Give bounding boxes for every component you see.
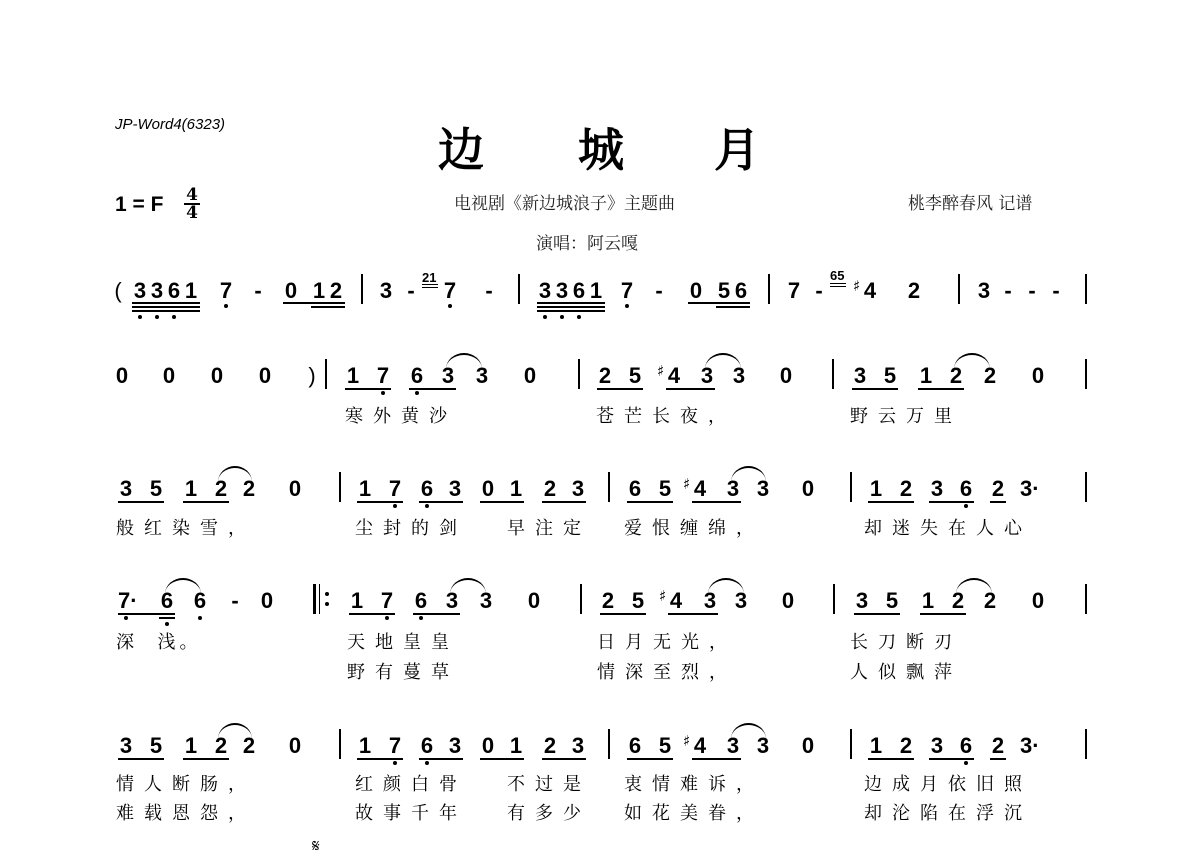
note: 3 bbox=[976, 279, 992, 303]
lyric: 日月无光， bbox=[597, 628, 737, 654]
lyric: 衷情难诉， bbox=[624, 770, 764, 796]
note: 2 bbox=[542, 734, 558, 758]
dash: - bbox=[651, 279, 667, 303]
note: 5 bbox=[657, 477, 673, 501]
note: 0 bbox=[778, 364, 794, 388]
note: 3 bbox=[854, 589, 870, 613]
note: 3 bbox=[554, 279, 570, 303]
paren-close: ) bbox=[304, 364, 320, 388]
note: 3 bbox=[132, 279, 148, 303]
lyric: 天地皇皇 bbox=[347, 628, 459, 654]
lyric: 却迷失在人心 bbox=[864, 514, 1032, 540]
lyric: 野云万里 bbox=[850, 402, 962, 428]
sharp-icon: ♯ bbox=[657, 362, 664, 380]
note: 0 bbox=[287, 734, 303, 758]
key-signature: 1 = F bbox=[115, 193, 163, 217]
note: 4 bbox=[692, 477, 708, 501]
note: 7 bbox=[387, 477, 403, 501]
sharp-icon: ♯ bbox=[659, 587, 666, 605]
note: 7· bbox=[118, 589, 146, 613]
note: 1 bbox=[508, 734, 524, 758]
transcriber: 桃李醉春风 记谱 bbox=[908, 189, 1032, 214]
note: 1 bbox=[868, 734, 884, 758]
note: 1 bbox=[357, 734, 373, 758]
note: 3 bbox=[478, 589, 494, 613]
note: 2 bbox=[990, 734, 1006, 758]
grace-notes: 21 bbox=[422, 270, 436, 285]
note: 1 bbox=[508, 477, 524, 501]
note: 1 bbox=[920, 589, 936, 613]
note: 4 bbox=[862, 279, 878, 303]
note: 3· bbox=[1020, 477, 1046, 501]
note: 3 bbox=[929, 734, 945, 758]
note: 2 bbox=[982, 364, 998, 388]
note: 6 bbox=[409, 364, 425, 388]
title-char-1: 边 bbox=[438, 114, 484, 180]
note: 3 bbox=[537, 279, 553, 303]
note: 0 bbox=[480, 477, 496, 501]
lyric: 苍芒长夜， bbox=[596, 402, 736, 428]
note: 0 bbox=[283, 279, 299, 303]
note: 7 bbox=[387, 734, 403, 758]
lyric: 有多少 bbox=[507, 799, 591, 825]
sharp-icon: ♯ bbox=[683, 732, 690, 750]
singer: 演唱：阿云嘎 bbox=[536, 229, 638, 254]
note: 5 bbox=[148, 734, 164, 758]
note: 1 bbox=[311, 279, 327, 303]
note: 0 bbox=[800, 734, 816, 758]
note: 7 bbox=[375, 364, 391, 388]
note: 7 bbox=[442, 279, 458, 303]
lyric: 红颜白骨 bbox=[355, 770, 467, 796]
note: 0 bbox=[114, 364, 130, 388]
note: 6 bbox=[958, 477, 974, 501]
grace-notes: 65 bbox=[830, 268, 844, 283]
title-char-3: 月 bbox=[714, 114, 760, 180]
lyric: 情人断肠， bbox=[116, 770, 256, 796]
lyric: 故事千年 bbox=[355, 799, 467, 825]
note: 0 bbox=[259, 589, 275, 613]
lyric: 难载恩怨， bbox=[116, 799, 256, 825]
lyric: 般红染雪， bbox=[116, 514, 256, 540]
note: 6 bbox=[413, 589, 429, 613]
note: 2 bbox=[990, 477, 1006, 501]
note: 2 bbox=[241, 477, 257, 501]
sharp-icon: ♯ bbox=[853, 277, 860, 295]
lyric: 早注定 bbox=[507, 514, 591, 540]
note: 3 bbox=[447, 477, 463, 501]
lyric: 不过是 bbox=[507, 770, 591, 796]
note: 0 bbox=[1030, 364, 1046, 388]
note: 2 bbox=[906, 279, 922, 303]
note: 0 bbox=[522, 364, 538, 388]
note: 3· bbox=[1020, 734, 1046, 758]
note: 0 bbox=[287, 477, 303, 501]
note: 7 bbox=[379, 589, 395, 613]
paren-open: ( bbox=[110, 279, 126, 303]
note: 6 bbox=[733, 279, 749, 303]
lyric: 尘封的剑 bbox=[355, 514, 467, 540]
note: 3 bbox=[755, 477, 771, 501]
lyric: 野有蔓草 bbox=[347, 658, 459, 684]
dash: - bbox=[250, 279, 266, 303]
note: 5 bbox=[148, 477, 164, 501]
note: 3 bbox=[447, 734, 463, 758]
note: 5 bbox=[630, 589, 646, 613]
note: 6 bbox=[419, 477, 435, 501]
dash: - bbox=[1000, 279, 1016, 303]
note: 3 bbox=[733, 589, 749, 613]
note: 0 bbox=[257, 364, 273, 388]
note: 0 bbox=[1030, 589, 1046, 613]
note: 5 bbox=[716, 279, 732, 303]
note: 3 bbox=[118, 734, 134, 758]
note: 0 bbox=[161, 364, 177, 388]
note: 1 bbox=[588, 279, 604, 303]
note: 3 bbox=[149, 279, 165, 303]
lyric: 人似飘萍 bbox=[850, 658, 962, 684]
note: 2 bbox=[241, 734, 257, 758]
note: 6 bbox=[419, 734, 435, 758]
note: 2 bbox=[597, 364, 613, 388]
note: 1 bbox=[868, 477, 884, 501]
note: 1 bbox=[349, 589, 365, 613]
sharp-icon: ♯ bbox=[683, 475, 690, 493]
lyric: 情深至烈， bbox=[597, 658, 737, 684]
note: 1 bbox=[357, 477, 373, 501]
lyric: 如花美眷， bbox=[624, 799, 764, 825]
note: 3 bbox=[474, 364, 490, 388]
lyric: 却沦陷在浮沉 bbox=[864, 799, 1032, 825]
note: 0 bbox=[526, 589, 542, 613]
time-sig-bottom: 4 bbox=[184, 206, 200, 220]
note: 6 bbox=[627, 477, 643, 501]
dash: - bbox=[1048, 279, 1064, 303]
note: 4 bbox=[668, 589, 684, 613]
dash: - bbox=[481, 279, 497, 303]
note: 0 bbox=[780, 589, 796, 613]
note: 6 bbox=[192, 589, 208, 613]
lyric: 寒外黄沙 bbox=[345, 402, 457, 428]
segno-icon: 𝄋 bbox=[312, 838, 320, 850]
note: 3 bbox=[731, 364, 747, 388]
lyric: 深 浅。 bbox=[116, 628, 201, 654]
note: 3 bbox=[118, 477, 134, 501]
note: 1 bbox=[183, 279, 199, 303]
note: 5 bbox=[882, 364, 898, 388]
note: 6 bbox=[571, 279, 587, 303]
software-label: JP-Word4(6323) bbox=[115, 116, 225, 133]
note: 6 bbox=[627, 734, 643, 758]
lyric: 长刀断刃 bbox=[850, 628, 962, 654]
note: 7 bbox=[619, 279, 635, 303]
note: 2 bbox=[328, 279, 344, 303]
subtitle: 电视剧《新边城浪子》主题曲 bbox=[454, 189, 675, 214]
note: 2 bbox=[600, 589, 616, 613]
note: 0 bbox=[480, 734, 496, 758]
note: 4 bbox=[666, 364, 682, 388]
note: 3 bbox=[570, 734, 586, 758]
note: 5 bbox=[657, 734, 673, 758]
note: 7 bbox=[218, 279, 234, 303]
note: 7 bbox=[786, 279, 802, 303]
note: 1 bbox=[918, 364, 934, 388]
note: 3 bbox=[852, 364, 868, 388]
note: 5 bbox=[627, 364, 643, 388]
note: 6 bbox=[166, 279, 182, 303]
note: 1 bbox=[345, 364, 361, 388]
note: 0 bbox=[209, 364, 225, 388]
time-sig-top: 4 bbox=[184, 188, 200, 202]
lyric: 边成月依旧照 bbox=[864, 770, 1032, 796]
note: 2 bbox=[898, 734, 914, 758]
note: 2 bbox=[982, 589, 998, 613]
dash: - bbox=[227, 589, 243, 613]
dash: - bbox=[811, 279, 827, 303]
note: 3 bbox=[929, 477, 945, 501]
title-char-2: 城 bbox=[578, 114, 624, 180]
note: 1 bbox=[183, 477, 199, 501]
dash: - bbox=[1024, 279, 1040, 303]
note: 2 bbox=[542, 477, 558, 501]
note: 2 bbox=[898, 477, 914, 501]
note: 3 bbox=[755, 734, 771, 758]
note: 1 bbox=[183, 734, 199, 758]
lyric: 爱恨缠绵， bbox=[624, 514, 764, 540]
note: 3 bbox=[570, 477, 586, 501]
note: 6 bbox=[958, 734, 974, 758]
dash: - bbox=[403, 279, 419, 303]
note: 4 bbox=[692, 734, 708, 758]
note: 0 bbox=[800, 477, 816, 501]
note: 0 bbox=[688, 279, 704, 303]
note: 5 bbox=[884, 589, 900, 613]
time-signature: 4 4 bbox=[184, 188, 200, 220]
note: 3 bbox=[378, 279, 394, 303]
